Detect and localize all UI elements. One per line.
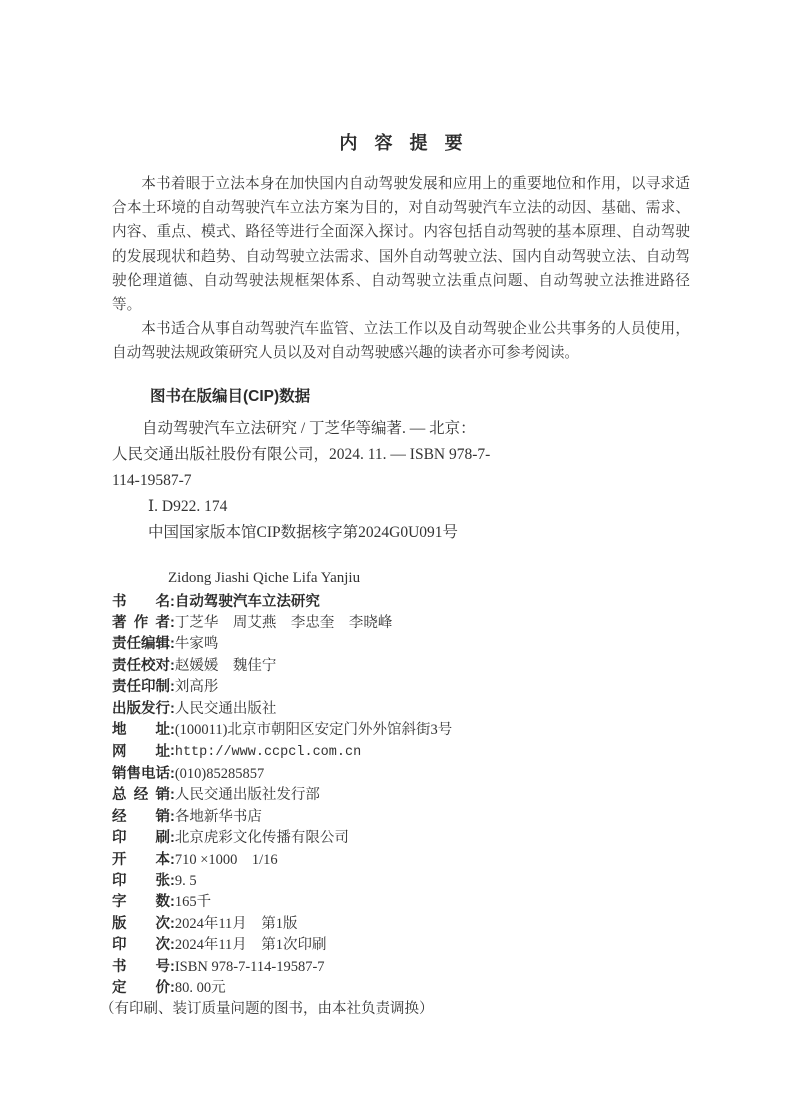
page-title: 内容提要 [112,130,690,156]
colophon-row: 责任印制:刘高彤 [112,677,690,698]
colophon-row: 地址:(100011)北京市朝阳区安定门外外馆斜街3号 [112,720,690,741]
colophon-label: 销售电话 [112,764,170,785]
colophon-value: 各地新华书店 [175,809,262,825]
colophon-label: 印次 [112,935,170,956]
colophon-value: 牛家鸣 [175,636,219,652]
colophon-value: 丁芝华 周艾燕 李忠奎 李晓峰 [175,615,393,631]
colophon-value: 北京虎彩文化传播有限公司 [175,830,349,846]
pinyin-title: Zidong Jiashi Qiche Lifa Yanjiu [112,568,690,588]
colophon-row: 销售电话:(010)85285857 [112,764,690,785]
colophon-row: 经销:各地新华书店 [112,807,690,828]
colophon-value: 165千 [175,894,211,910]
colophon-label: 出版发行 [112,699,170,720]
colophon-label: 印刷 [112,828,170,849]
summary-paragraph: 本书着眼于立法本身在加快国内自动驾驶发展和应用上的重要地位和作用，以寻求适合本土… [112,172,690,317]
colophon-label: 地址 [112,720,170,741]
colophon-label: 开本 [112,850,170,871]
colophon-value: 710 ×1000 1/16 [175,852,278,868]
colophon-row: 著作者:丁芝华 周艾燕 李忠奎 李晓峰 [112,613,690,634]
colophon-label: 责任印制 [112,677,170,698]
colophon-label: 书号 [112,957,170,978]
colophon-value: http://www.ccpcl.com.cn [175,745,361,760]
colophon-row: 印次:2024年11月 第1次印刷 [112,935,690,956]
colophon-label: 总经销 [112,785,170,806]
cip-line: 自动驾驶汽车立法研究 / 丁芝华等编著. — 北京： [112,416,690,442]
colophon-row: 书名:自动驾驶汽车立法研究 [112,592,690,613]
colophon-label: 字数 [112,892,170,913]
colophon-row: 责任校对:赵媛媛 魏佳宁 [112,656,690,677]
colophon-value: 刘高彤 [175,679,219,695]
colophon-value: ISBN 978-7-114-19587-7 [175,959,325,975]
copyright-page: 内容提要 本书着眼于立法本身在加快国内自动驾驶发展和应用上的重要地位和作用，以寻… [0,0,800,1118]
cip-line: 114-19587-7 [112,468,690,494]
colophon-value: (100011)北京市朝阳区安定门外外馆斜街3号 [175,722,452,738]
colophon-value: 80. 00元 [175,980,226,996]
colophon-label: 印张 [112,871,170,892]
colophon-value: 人民交通出版社发行部 [175,787,320,803]
cip-heading: 图书在版编目(CIP)数据 [112,386,690,408]
quality-note: （有印刷、装订质量问题的图书，由本社负责调换） [100,999,690,1020]
cip-line: Ⅰ. D922. 174 [112,494,690,520]
colophon-row: 责任编辑:牛家鸣 [112,634,690,655]
colophon-value: 2024年11月 第1次印刷 [175,937,327,953]
colophon-row: 总经销:人民交通出版社发行部 [112,785,690,806]
colophon-label: 定价 [112,978,170,999]
colophon-label: 书名 [112,592,170,613]
colophon-row: 印张:9. 5 [112,871,690,892]
colophon-row: 书号:ISBN 978-7-114-19587-7 [112,957,690,978]
colophon-value: 自动驾驶汽车立法研究 [175,594,320,610]
colophon-row: 定价:80. 00元 [112,978,690,999]
colophon-value: 2024年11月 第1版 [175,916,298,932]
colophon-label: 责任校对 [112,656,170,677]
summary-paragraph: 本书适合从事自动驾驶汽车监管、立法工作以及自动驾驶企业公共事务的人员使用，自动驾… [112,317,690,365]
colophon-label: 网址 [112,742,170,763]
colophon-row: 版次:2024年11月 第1版 [112,914,690,935]
colophon-label: 经销 [112,807,170,828]
cip-line: 中国国家版本馆CIP数据核字第2024G0U091号 [112,520,690,546]
cip-line: 人民交通出版社股份有限公司，2024. 11. — ISBN 978-7- [112,442,690,468]
colophon-row: 网址:http://www.ccpcl.com.cn [112,741,690,763]
colophon-value: 9. 5 [175,873,197,889]
colophon-row: 开本:710 ×1000 1/16 [112,850,690,871]
colophon-label: 著作者 [112,613,170,634]
colophon-value: (010)85285857 [175,766,264,782]
colophon-label: 责任编辑 [112,634,170,655]
colophon-row: 出版发行:人民交通出版社 [112,699,690,720]
colophon-row: 字数:165千 [112,892,690,913]
colophon-value: 赵媛媛 魏佳宁 [175,658,277,674]
colophon-value: 人民交通出版社 [175,701,277,717]
colophon-label: 版次 [112,914,170,935]
colophon-row: 印刷:北京虎彩文化传播有限公司 [112,828,690,849]
